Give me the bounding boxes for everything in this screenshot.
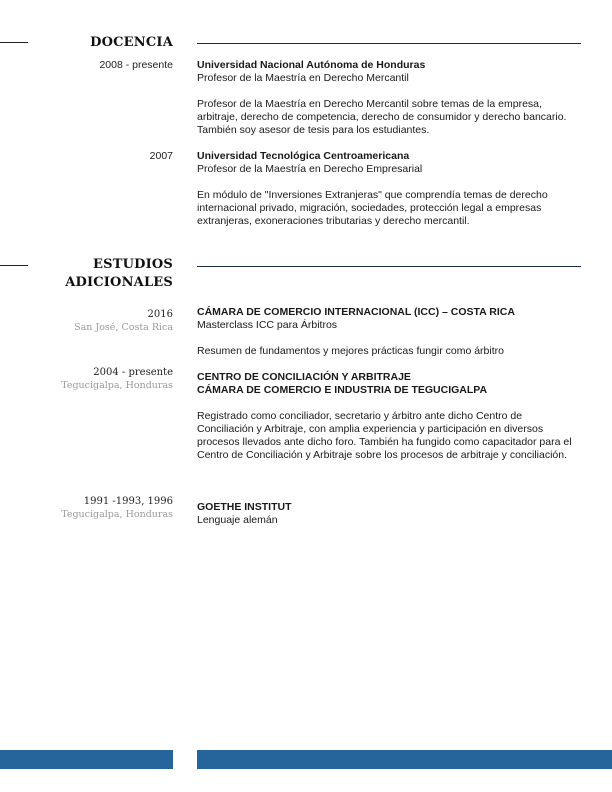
footer-bar-right	[197, 750, 612, 769]
entry-description: Resumen de fundamentos y mejores práctic…	[197, 345, 581, 358]
entry-organization: CÁMARA DE COMERCIO INTERNACIONAL (ICC) –…	[197, 306, 581, 319]
entry-date: 1991 -1993, 1996	[84, 495, 173, 508]
section-divider-left	[0, 42, 28, 43]
entry-date: 2008 - presente	[99, 59, 173, 72]
section-title-line: ADICIONALES	[65, 274, 173, 292]
section-title-estudios: ESTUDIOS ADICIONALES	[65, 256, 173, 292]
study-entry: CENTRO DE CONCILIACIÓN Y ARBITRAJE CÁMAR…	[197, 371, 581, 462]
entry-organization: Universidad Nacional Autónoma de Hondura…	[197, 59, 581, 72]
entry-place: Tegucigalpa, Honduras	[61, 508, 173, 521]
section-divider-left	[0, 265, 28, 266]
study-entry: GOETHE INSTITUT Lenguaje alemán	[197, 501, 581, 527]
entry-role: Profesor de la Maestría en Derecho Empre…	[197, 163, 581, 176]
entry-description: Registrado como conciliador, secretario …	[197, 410, 581, 462]
study-entry: CÁMARA DE COMERCIO INTERNACIONAL (ICC) –…	[197, 306, 581, 358]
entry-date: 2016	[148, 308, 173, 321]
entry-date: 2004 - presente	[93, 366, 173, 379]
section-title-docencia: DOCENCIA	[90, 34, 173, 52]
entry-date: 2007	[150, 150, 173, 163]
entry-organization: GOETHE INSTITUT	[197, 501, 581, 514]
entry-role: Lenguaje alemán	[197, 514, 581, 527]
entry-description: En módulo de "Inversiones Extranjeras" q…	[197, 189, 581, 228]
section-title-line: ESTUDIOS	[65, 256, 173, 274]
entry-role: Masterclass ICC para Árbitros	[197, 319, 581, 332]
entry-place: San José, Costa Rica	[74, 321, 173, 334]
entry-organization: CENTRO DE CONCILIACIÓN Y ARBITRAJE	[197, 371, 581, 384]
teaching-entry: Universidad Nacional Autónoma de Hondura…	[197, 59, 581, 137]
entry-place: Tegucigalpa, Honduras	[61, 379, 173, 392]
teaching-entry: Universidad Tecnológica Centroamericana …	[197, 150, 581, 228]
entry-organization: CÁMARA DE COMERCIO E INDUSTRIA DE TEGUCI…	[197, 384, 581, 397]
section-divider-right	[197, 43, 581, 44]
entry-description: Profesor de la Maestría en Derecho Merca…	[197, 98, 581, 137]
footer-bar-left	[0, 750, 173, 769]
entry-role: Profesor de la Maestría en Derecho Merca…	[197, 72, 581, 85]
entry-organization: Universidad Tecnológica Centroamericana	[197, 150, 581, 163]
section-divider-right	[197, 266, 581, 267]
